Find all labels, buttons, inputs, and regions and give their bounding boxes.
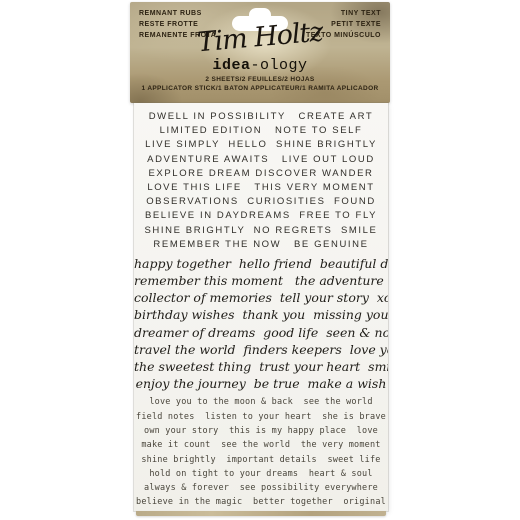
typewriter-phrase-section: love you to the moon & back see the worl…: [134, 395, 388, 509]
brand-logo-ology: -ology: [251, 57, 308, 74]
uppercase-phrase-row: LIVE SIMPLY HELLO SHINE BRIGHTLY: [134, 138, 388, 152]
script-phrase-row: remember this moment the adventure begin…: [134, 272, 388, 289]
script-phrase-section: happy together hello friend beautiful da…: [134, 255, 388, 393]
uppercase-phrase-row: REMEMBER THE NOW BE GENUINE: [134, 238, 388, 252]
uppercase-phrase-row: DWELL IN POSSIBILITY CREATE ART: [134, 110, 388, 124]
product-photo: REMNANT RUBS RESTE FROTTE REMANENTE FROT…: [0, 0, 520, 520]
typewriter-phrase-row: shine brightly important details sweet l…: [134, 453, 388, 467]
script-phrase-row: dreamer of dreams good life seen & noted: [134, 324, 388, 341]
product-name-line: REMNANT RUBS: [139, 8, 216, 19]
typewriter-phrase-row: field notes listen to your heart she is …: [134, 410, 388, 424]
script-phrase-row: birthday wishes thank you missing you: [134, 306, 388, 323]
backing-card-bottom-edge: [136, 511, 386, 516]
typewriter-phrase-row: make it count see the world the very mom…: [134, 438, 388, 452]
uppercase-phrase-row: SHINE BRIGHTLY NO REGRETS SMILE: [134, 224, 388, 238]
script-phrase-row: the sweetest thing trust your heart smil…: [134, 358, 388, 375]
typewriter-phrase-row: hold on tight to your dreams heart & sou…: [134, 467, 388, 481]
package-header-card: REMNANT RUBS RESTE FROTTE REMANENTE FROT…: [130, 2, 390, 103]
brand-logo: idea-ology: [130, 57, 390, 74]
typewriter-phrase-row: love you to the moon & back see the worl…: [134, 395, 388, 409]
uppercase-phrase-row: OBSERVATIONS CURIOSITIES FOUND: [134, 195, 388, 209]
uppercase-phrase-section: DWELL IN POSSIBILITY CREATE ART LIMITED …: [134, 110, 388, 252]
brand-logo-idea: idea: [212, 57, 250, 74]
uppercase-phrase-row: BELIEVE IN DAYDREAMS FREE TO FLY: [134, 209, 388, 223]
typewriter-phrase-row: own your story this is my happy place lo…: [134, 424, 388, 438]
rub-on-sheet: DWELL IN POSSIBILITY CREATE ART LIMITED …: [134, 103, 388, 511]
typewriter-phrase-row: always & forever see possibility everywh…: [134, 481, 388, 495]
typewriter-phrase-row: believe in the magic better together ori…: [134, 495, 388, 509]
hang-tab-bump: [249, 8, 271, 22]
script-phrase-row: happy together hello friend beautiful da…: [134, 255, 388, 272]
uppercase-phrase-row: LIMITED EDITION NOTE TO SELF: [134, 124, 388, 138]
script-phrase-row: enjoy the journey be true make a wish: [134, 375, 388, 392]
uppercase-phrase-row: EXPLORE DREAM DISCOVER WANDER: [134, 167, 388, 181]
contents-text-sheets: 2 SHEETS/2 FEUILLES/2 HOJAS: [130, 76, 390, 83]
script-phrase-row: collector of memories tell your story xo…: [134, 289, 388, 306]
script-phrase-row: travel the world finders keepers love yo…: [134, 341, 388, 358]
contents-text-applicator: 1 APPLICATOR STICK/1 BATON APPLICATEUR/1…: [130, 85, 390, 92]
uppercase-phrase-row: LOVE THIS LIFE THIS VERY MOMENT: [134, 181, 388, 195]
uppercase-phrase-row: ADVENTURE AWAITS LIVE OUT LOUD: [134, 153, 388, 167]
